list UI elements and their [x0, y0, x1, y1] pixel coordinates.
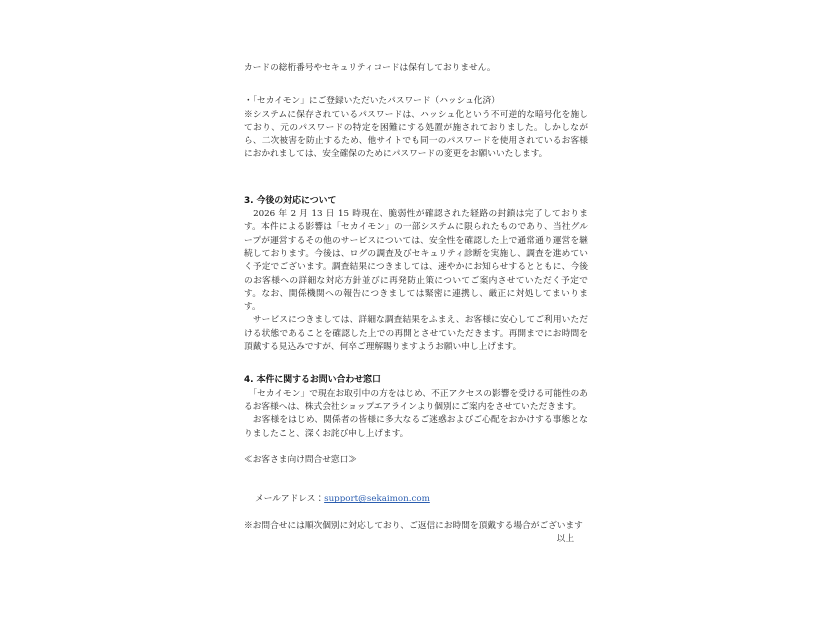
contact-window-title: ≪お客さま向け問合せ窓口≫ [244, 454, 588, 467]
section4-heading: 4. 本件に関するお問い合わせ窓口 [244, 374, 588, 387]
section4-paragraph-2: お客様をはじめ、関係者の皆様に多大なるご迷惑およびご心配をおかけする事態となりま… [244, 414, 588, 441]
closing-word: 以上 [244, 533, 588, 546]
section4-paragraph-1: 「セカイモン」で現在お取引中の方をはじめ、不正アクセスの影響を受ける可能性のある… [244, 388, 588, 415]
password-item-note: ※システムに保存されているパスワードは、ハッシュ化という不可逆的な暗号化を施して… [244, 109, 588, 162]
support-email-link[interactable]: support@sekaimon.com [324, 494, 430, 504]
intro-line: カードの総桁番号やセキュリティコードは保有しておりません。 [244, 62, 588, 75]
section3-paragraph-1: 2026 年 2 月 13 日 15 時現在、脆弱性が確認された経路の封鎖は完了… [244, 208, 588, 314]
contact-email-line: メールアドレス：support@sekaimon.com [244, 480, 588, 520]
contact-note: ※お問合せには順次個別に対応しており、ご返信にお時間を頂戴する場合がございます [244, 520, 588, 533]
section3-heading: 3. 今後の対応について [244, 195, 588, 208]
document-page: カードの総桁番号やセキュリティコードは保有しておりません。 ・「セカイモン」にご… [244, 62, 588, 547]
section3-paragraph-2: サービスにつきましては、詳細な調査結果をふまえ、お客様に安心してご利用いただける… [244, 314, 588, 354]
email-label: メールアドレス： [255, 494, 324, 504]
password-item-title: ・「セカイモン」にご登録いただいたパスワード（ハッシュ化済） [244, 95, 588, 108]
